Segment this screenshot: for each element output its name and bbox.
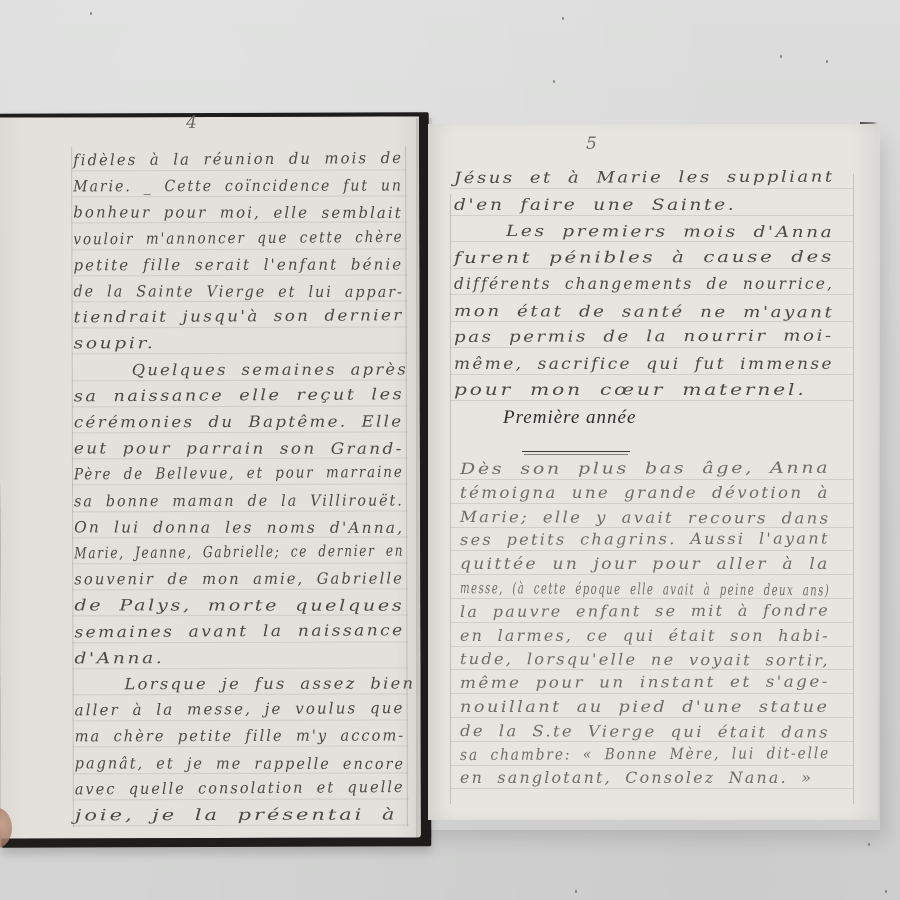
text-line: Marie. _ Cette coïncidence fut un	[73, 177, 403, 196]
text-line: de la Sainte Vierge et lui appar-	[73, 282, 403, 301]
ruled-line	[450, 294, 854, 295]
ruled-line	[72, 379, 408, 381]
ruled-line	[73, 824, 409, 826]
dust-speck	[826, 60, 828, 63]
text-line: d'Anna.	[74, 649, 164, 667]
ruled-line	[73, 693, 409, 695]
text-line: tude, lorsqu'elle ne voyait sortir,	[460, 650, 830, 670]
text-line: messe, (à cette époque elle avait à pein…	[460, 579, 830, 599]
text-line: aller à la messe, je voulus que	[75, 699, 405, 719]
dust-speck	[90, 12, 92, 15]
ruled-line	[71, 196, 407, 198]
page-number: 5	[586, 134, 597, 154]
ruled-line	[73, 746, 409, 748]
ruled-line	[72, 615, 408, 617]
text-line: souvenir de mon amie, Gabrielle	[74, 570, 404, 589]
text-line: eut pour parrain son Grand-	[74, 440, 404, 458]
ruled-line	[72, 431, 408, 433]
ruled-line	[450, 347, 854, 348]
right-page: 5 Jésus et à Marie les suppliantd'en fai…	[428, 124, 878, 820]
text-line: sa bonne maman de la Villirouët.	[74, 491, 404, 510]
text-line: pas permis de la nourrir moi-	[454, 327, 834, 346]
text-line: témoigna une grande dévotion à	[460, 484, 830, 502]
page-number: 4	[186, 113, 197, 133]
text-line: en sanglotant, Consolez Nana. »	[460, 769, 813, 787]
heading-underline	[522, 451, 630, 452]
dust-speck	[575, 890, 577, 893]
left-page: 4 fidèles à la réunion du mois deMarie. …	[0, 116, 421, 838]
ruled-line	[450, 374, 854, 375]
dust-speck	[553, 80, 555, 83]
text-line: On lui donna les noms d'Anna,	[74, 518, 404, 537]
ruled-line	[71, 248, 407, 250]
ruled-line	[450, 268, 854, 269]
ruled-line	[450, 646, 854, 647]
text-line: pour mon cœur maternel.	[454, 381, 807, 399]
dust-speck	[885, 890, 887, 893]
ruled-line	[71, 274, 407, 276]
text-line: quittée un jour pour aller à la	[460, 555, 830, 573]
section-heading: Première année	[503, 407, 636, 429]
ruled-line	[73, 720, 409, 722]
text-line: la pauvre enfant se mit à fondre	[460, 601, 830, 621]
dust-speck	[562, 17, 564, 20]
text-line: furent pénibles à cause des	[454, 247, 834, 266]
ruled-line	[72, 589, 408, 591]
text-line: Père de Bellevue, et pour marraine	[74, 463, 404, 484]
text-line: d'en faire une Sainte.	[454, 196, 736, 214]
text-line: ses petits chagrins. Aussi l'ayant	[460, 530, 830, 550]
text-line: cérémonies du Baptême. Elle	[74, 412, 404, 431]
text-line: ma chère petite fille m'y accom-	[75, 727, 406, 746]
ruled-line	[72, 641, 408, 643]
text-line: Les premiers mois d'Anna	[506, 222, 834, 241]
ruled-line	[72, 458, 408, 460]
ruled-line	[450, 765, 854, 766]
text-line: vouloir m'annoncer que cette chère	[73, 227, 403, 248]
ruled-line	[72, 405, 408, 407]
ruled-line	[450, 669, 854, 670]
text-line: Marie; elle y avait recours dans	[460, 508, 830, 528]
ruled-line	[450, 241, 854, 242]
text-line: Dès son plus bas âge, Anna	[460, 459, 830, 478]
text-line: fidèles à la réunion du mois de	[73, 149, 403, 169]
ruled-line	[72, 510, 408, 512]
text-line: sa naissance elle reçut les	[74, 385, 405, 405]
left-margin-rule	[450, 194, 451, 804]
ruled-line	[450, 717, 854, 718]
ruled-line	[71, 222, 407, 224]
text-line: différents changements de nourrice,	[454, 275, 834, 293]
ruled-line	[72, 667, 408, 669]
text-line: pagnât, et je me rappelle encore	[75, 754, 405, 773]
text-line: petite fille serait l'enfant bénie	[73, 255, 403, 274]
text-line: tiendrait jusqu'à son dernier	[74, 306, 404, 326]
text-line: Marie, Jeanne, Gabrielle; ce dernier en	[74, 542, 404, 563]
ruled-line	[450, 503, 854, 504]
ruled-line	[450, 479, 854, 480]
text-line: Jésus et à Marie les suppliant	[454, 168, 835, 187]
ruled-line	[72, 353, 408, 355]
ruled-line	[450, 400, 854, 401]
dust-speck	[868, 843, 870, 846]
ruled-line	[450, 693, 854, 694]
heading-underline	[524, 454, 628, 455]
dust-speck	[780, 55, 782, 58]
text-line: avec quelle consolation et quelle	[75, 778, 405, 798]
text-line: sa chambre: « Bonne Mère, lui dit-elle	[460, 744, 830, 764]
ruled-line	[450, 550, 854, 551]
ruled-line	[72, 562, 408, 564]
ruled-line	[450, 188, 854, 189]
ruled-line	[71, 169, 407, 171]
text-line: en larmes, ce qui était son habi-	[460, 627, 830, 645]
ruled-line	[450, 788, 854, 789]
text-line: Quelques semaines après	[132, 360, 408, 379]
text-line: joie, je la présentai à	[75, 806, 398, 825]
text-line: nouillant au pied d'une statue	[460, 698, 829, 716]
text-line: soupir.	[74, 335, 156, 353]
text-line: semaines avant la naissance	[74, 621, 404, 641]
text-line: de la S.te Vierge qui était dans	[460, 722, 830, 742]
right-margin-rule	[853, 174, 854, 804]
text-line: mon état de santé ne m'ayant	[454, 302, 835, 321]
ruled-line	[450, 215, 854, 216]
text-line: bonheur pour moi, elle semblait	[73, 204, 403, 223]
ruled-line	[73, 798, 409, 800]
text-line: même, sacrifice qui fut immense	[454, 355, 834, 373]
ruled-line	[450, 574, 854, 575]
ruled-line	[450, 622, 854, 623]
ruled-line	[72, 327, 408, 329]
ruled-line	[72, 484, 408, 486]
text-line: même pour un instant et s'age-	[460, 673, 830, 692]
text-line: de Palys, morte quelques	[74, 597, 404, 615]
